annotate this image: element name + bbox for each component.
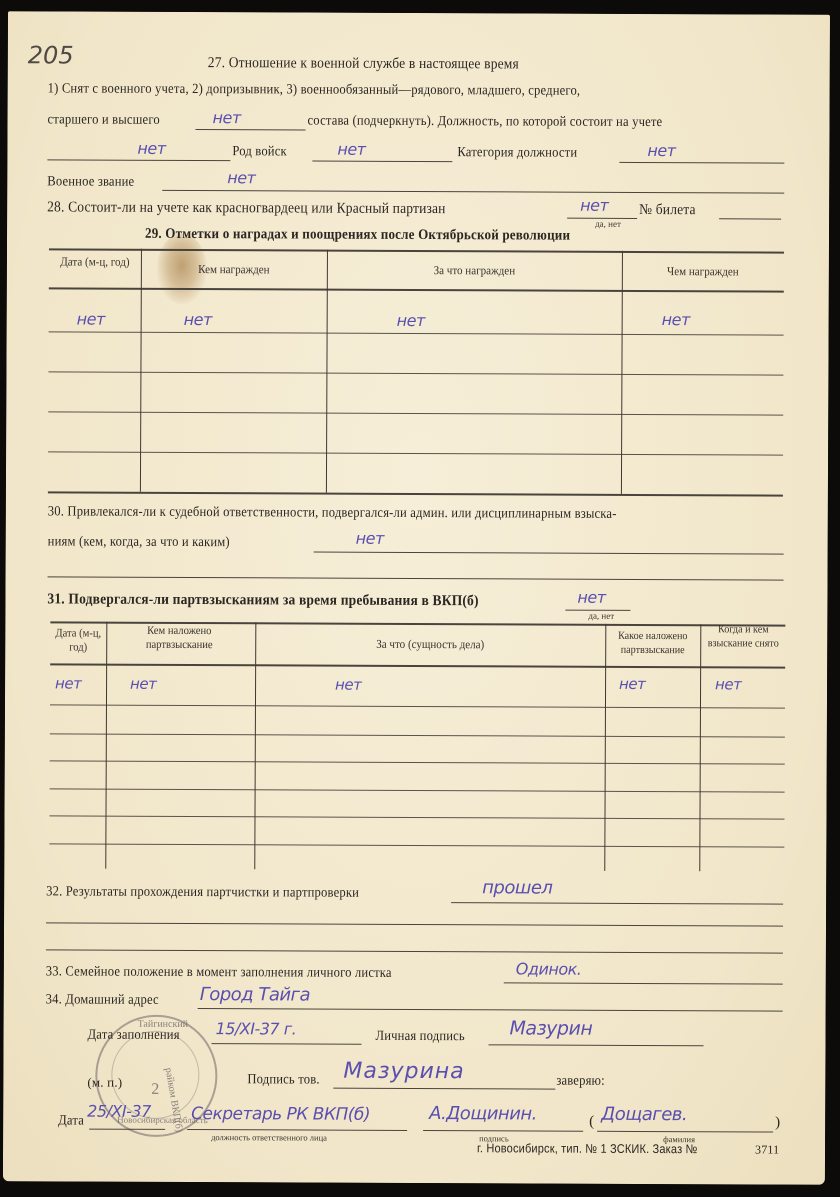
underline — [46, 949, 783, 953]
row-line — [49, 815, 784, 819]
court-liability-value: нет — [356, 529, 384, 548]
branch-label: Род войск — [232, 144, 287, 160]
document-page: 205 27. Отношение к военной службе в нас… — [3, 11, 830, 1185]
underline — [89, 1129, 165, 1130]
underline — [451, 902, 783, 904]
section-30-line2: ниям (кем, когда, за что и каким) — [48, 534, 230, 551]
official-surname-value: Дощагев. — [601, 1104, 687, 1125]
underline — [619, 162, 784, 164]
col-header-imposed-by: Кем наложено партвзыскание — [115, 624, 244, 653]
col-line — [326, 250, 328, 493]
col-line — [604, 624, 606, 871]
table-cell: нет — [715, 675, 741, 693]
table-cell: нет — [662, 310, 690, 329]
rank-value: нет — [227, 168, 255, 187]
purge-result-value: прошел — [482, 877, 552, 898]
ticket-label: № билета — [639, 202, 696, 219]
fill-date-label: Дата заполнения — [88, 1028, 180, 1044]
certify-label: заверяю: — [556, 1074, 605, 1090]
marital-status-value: Одинок. — [516, 959, 582, 978]
table-cell: нет — [77, 310, 105, 329]
rank-label: Военное звание — [47, 174, 134, 190]
underline — [423, 1130, 583, 1132]
col-header-date: Дата (м-ц, год) — [52, 626, 104, 654]
paren-close: ) — [775, 1115, 780, 1132]
signature-of-value: Мазурина — [343, 1059, 464, 1085]
category-label: Категория должности — [457, 145, 577, 162]
underline — [46, 922, 783, 926]
row-line — [50, 704, 785, 708]
underline — [47, 159, 230, 161]
red-guard-value: нет — [580, 196, 608, 215]
seal-placeholder-label: (м. п.) — [87, 1075, 122, 1091]
signature-of-label: Подпись тов. — [247, 1072, 319, 1088]
col-header-date: Дата (м-ц, год) — [53, 254, 138, 268]
party-penalties-table: Дата (м-ц, год) Кем наложено партвзыскан… — [8, 11, 830, 15]
col-header-lifted: Когда и кем взыскание снято — [706, 622, 782, 650]
underline — [198, 1008, 783, 1012]
page-number: 205 — [28, 41, 74, 69]
table-border — [50, 663, 785, 668]
branch-value: нет — [337, 140, 365, 159]
row-line — [48, 371, 783, 375]
party-penalty-value: нет — [577, 588, 605, 607]
seal-number: 2 — [151, 1081, 159, 1099]
personal-signature-label: Личная подпись — [375, 1029, 464, 1045]
underline — [48, 576, 784, 580]
underline — [195, 129, 305, 130]
underline — [162, 190, 784, 194]
position-value: нет — [137, 139, 165, 158]
section-33-label: 33. Семейное положение в момент заполнен… — [46, 964, 392, 982]
section-28-label: 28. Состоит-ли на учете как красногварде… — [47, 199, 446, 218]
row-line — [50, 788, 785, 792]
underline — [187, 1129, 407, 1131]
row-line — [48, 411, 783, 415]
awards-table: Дата (м-ц, год) Кем награжден За что наг… — [8, 11, 830, 15]
table-cell: нет — [397, 311, 425, 330]
section-31-label: 31. Подвергался-ли партвзысканиям за вре… — [47, 591, 478, 610]
table-cell: нет — [55, 674, 81, 692]
table-cell: нет — [335, 676, 361, 694]
col-line — [140, 249, 142, 492]
section-30-line1: 30. Привлекался-ли к судебной ответствен… — [48, 504, 617, 522]
col-header-awarded-by: Кем награжден — [148, 262, 319, 277]
home-address-value: Город Тайга — [200, 984, 310, 1005]
table-border — [49, 287, 784, 292]
underline — [211, 1043, 361, 1045]
table-cell: нет — [619, 675, 645, 693]
table-cell: нет — [130, 675, 156, 693]
underline — [719, 218, 781, 219]
col-header-awarded-for: За что награжден — [339, 263, 610, 278]
yes-no-hint: да, нет — [595, 219, 621, 229]
col-header-award: Чем награжден — [628, 264, 777, 279]
order-number: 3711 — [755, 1142, 779, 1157]
higher-staff-value: нет — [213, 108, 241, 127]
official-position-caption: должность ответственного лица — [211, 1132, 327, 1143]
personal-signature-value: Мазурин — [510, 1017, 593, 1039]
fill-date-value: 15/XI-37 г. — [216, 1019, 297, 1038]
underline — [597, 1131, 773, 1133]
col-line — [699, 624, 701, 871]
date-label: Дата — [58, 1113, 84, 1129]
underline — [333, 1088, 555, 1090]
table-border — [48, 491, 783, 496]
col-line — [254, 622, 256, 869]
section-27-title: 27. Отношение к военной службе в настоящ… — [208, 55, 519, 73]
row-line — [49, 331, 784, 335]
yes-no-hint: да, нет — [588, 611, 614, 621]
official-position-value: Секретарь РК ВКП(б) — [191, 1104, 370, 1125]
official-signature-value: А.Дощинин. — [429, 1103, 537, 1124]
section-27-line2-rest: состава (подчеркнуть). Должность, по кот… — [307, 114, 662, 132]
row-line — [50, 733, 785, 737]
section-34-label: 34. Домашний адрес — [46, 992, 159, 1008]
printer-line: г. Новосибирск, тип. № 1 ЗСКИК. Заказ № — [477, 1141, 698, 1156]
section-32-label: 32. Результаты прохождения партчистки и … — [46, 884, 359, 901]
underline — [488, 1044, 703, 1046]
underline — [314, 552, 784, 555]
section-27-line1: 1) Снят с военного учета, 2) допризывник… — [48, 81, 581, 99]
underline — [312, 161, 452, 163]
section-29-title: 29. Отметки о наградах и поощрениях посл… — [145, 226, 570, 245]
category-value: нет — [647, 141, 675, 160]
table-cell: нет — [184, 310, 212, 329]
row-line — [50, 760, 785, 764]
paren-open: ( — [589, 1114, 594, 1131]
certify-date-value: 25/XI-37 — [87, 1102, 151, 1121]
col-line — [621, 251, 623, 494]
row-line — [49, 843, 784, 847]
col-line — [105, 622, 107, 869]
underline — [504, 982, 783, 984]
col-header-penalty-type: Какое наложено партвзыскание — [609, 629, 697, 657]
section-27-line2-label: старшего и высшего — [47, 112, 159, 128]
col-header-reason: За что (сущность дела) — [269, 636, 591, 651]
row-line — [48, 451, 783, 455]
